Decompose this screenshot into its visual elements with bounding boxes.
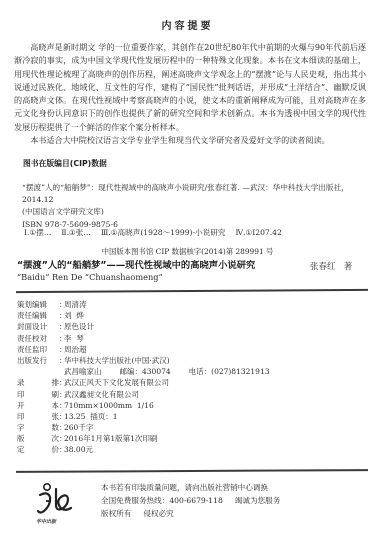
- credit-row-word-count: 字数：260千字: [17, 422, 287, 433]
- credit-value: 周清涛: [64, 299, 87, 310]
- cip-title: 图书在版编目(CIP)数据: [23, 158, 107, 169]
- credit-value: 华中科技大学出版社(中国·武汉): [64, 355, 170, 366]
- credit-value: 李 琴: [64, 333, 84, 344]
- credit-label: 责任编辑: [17, 310, 59, 321]
- abstract-paragraph-1: 高晓声是新时期文 学的一位重要作家，其创作在20世纪80年代中前期的火爆与90年…: [14, 41, 366, 134]
- credits-block: 策划编辑：周清涛 责任编辑：刘 烨 封面设计：原色设计 责任校对：李 琴 责任监…: [17, 299, 287, 456]
- abstract-paragraph-2: 本书适合大中院校汉语言文学专业学生和现当代文学研究者及爱好文学的读者阅读。: [14, 134, 366, 147]
- credit-label: 版次: [17, 433, 59, 444]
- cip-class-4: Ⅳ.①I207.42: [235, 228, 281, 237]
- credit-value: 710mm×1000mm 1/16: [64, 400, 154, 411]
- credit-row-cover-design: 封面设计：原色设计: [17, 321, 287, 332]
- cip-class-2: Ⅱ.①张…: [61, 228, 91, 237]
- credit-row-printing: 印刷：武汉鑫昶文化有限公司: [17, 389, 287, 400]
- publisher-logo-text: 华中出版: [36, 518, 56, 525]
- publisher-phone: 电话：(027)81321913: [189, 367, 270, 376]
- author-name: 张春红: [310, 262, 336, 272]
- abstract-body: 高晓声是新时期文 学的一位重要作家，其创作在20世纪80年代中前期的火爆与90年…: [14, 41, 366, 147]
- credit-value: 周治超: [64, 344, 87, 355]
- publisher-address: 武昌喻家山: [64, 367, 102, 376]
- credit-label: 出版发行: [17, 355, 59, 366]
- credit-label: 印张: [17, 411, 59, 422]
- credit-label: 录排: [17, 377, 59, 388]
- credit-label: 印刷: [17, 389, 59, 400]
- cip-record: “摆渡”人的“船艄梦”：现代性视域中的高晓声小说研究/张春红著. —武汉：华中科…: [14, 182, 366, 231]
- notice-line-1: 本书若有印装质量问题，请向出版社营销中心调换: [101, 481, 280, 494]
- credit-row-print-supervisor: 责任监印：周治超: [17, 344, 287, 355]
- credit-row-publisher: 出版发行：华中科技大学出版社(中国·武汉): [17, 355, 287, 366]
- abstract-heading: 内容提要: [0, 17, 375, 32]
- credit-value: 原色设计: [64, 321, 94, 332]
- book-pinyin-title: “Baidu” Ren De “Chuanshaomeng”: [17, 272, 163, 282]
- publisher-logo-icon: [34, 481, 74, 523]
- credit-value: 260千字: [64, 422, 93, 433]
- credit-row-typesetting: 录排：武汉正风天下文化发展有限公司: [17, 377, 287, 388]
- cip-classification: Ⅰ.①摆…Ⅱ.①张…Ⅲ.①高晓声(1928～1999)-小说研究Ⅳ.①I207.…: [24, 227, 292, 238]
- credit-value: 武汉鑫昶文化有限公司: [64, 389, 139, 400]
- cip-record-line: “摆渡”人的“船艄梦”：现代性视域中的高晓声小说研究/张春红著. —武汉：华中科…: [14, 182, 366, 206]
- notice-line-3: 版权所有侵权必究: [101, 507, 280, 520]
- credit-value: 刘 烨: [64, 310, 84, 321]
- author-role: 著: [344, 262, 353, 272]
- credit-value: 武汉正风天下文化发展有限公司: [64, 377, 169, 388]
- credit-label: 责任校对: [17, 333, 59, 344]
- credit-row-planning-editor: 策划编辑：周清涛: [17, 299, 287, 310]
- publisher-address-row: 武昌喻家山邮编：430074电话：(027)81321913: [17, 366, 287, 377]
- credit-label: 字数: [17, 422, 59, 433]
- credit-row-price: 定价：38.00元: [17, 444, 287, 455]
- credit-label: 责任监印: [17, 344, 59, 355]
- credit-label: 封面设计: [17, 321, 59, 332]
- cip-class-3: Ⅲ.①高晓声(1928～1999)-小说研究: [101, 228, 225, 237]
- credit-label: 开本: [17, 400, 59, 411]
- book-title: “摆渡”人的“船艄梦”——现代性视域中的高晓声小说研究: [17, 257, 255, 271]
- credit-value: 38.00元: [64, 444, 93, 455]
- credit-row-format: 开本：710mm×1000mm 1/16: [17, 400, 287, 411]
- divider-rule: [16, 469, 368, 472]
- credit-row-edition: 版次：2016年1月第1版第1次印刷: [17, 433, 287, 444]
- cip-series: (中国语言文学研究文库): [14, 206, 366, 218]
- credit-row-sheets: 印张：13.25 插页：1: [17, 411, 287, 422]
- notice-line-2: 全国免费服务热线：400-6679-118竭诚为您服务: [101, 494, 280, 507]
- cip-class-1: Ⅰ.①摆…: [24, 228, 51, 237]
- cip-approval-number: 中国版本图书馆 CIP 数据核字(2014)第 289991 号: [0, 246, 375, 257]
- credit-value: 13.25 插页：1: [64, 411, 118, 422]
- publisher-postcode: 邮编：430074: [120, 367, 171, 376]
- credit-label: 策划编辑: [17, 299, 59, 310]
- book-author: 张春红 著: [310, 260, 352, 272]
- credit-row-responsible-editor: 责任编辑：刘 烨: [17, 310, 287, 321]
- credit-label: 定价: [17, 444, 59, 455]
- footer-notice: 本书若有印装质量问题，请向出版社营销中心调换全国免费服务热线：400-6679-…: [101, 481, 280, 520]
- credit-value: 2016年1月第1版第1次印刷: [64, 433, 157, 444]
- divider-rule: [16, 289, 368, 293]
- credit-row-proofreader: 责任校对：李 琴: [17, 333, 287, 344]
